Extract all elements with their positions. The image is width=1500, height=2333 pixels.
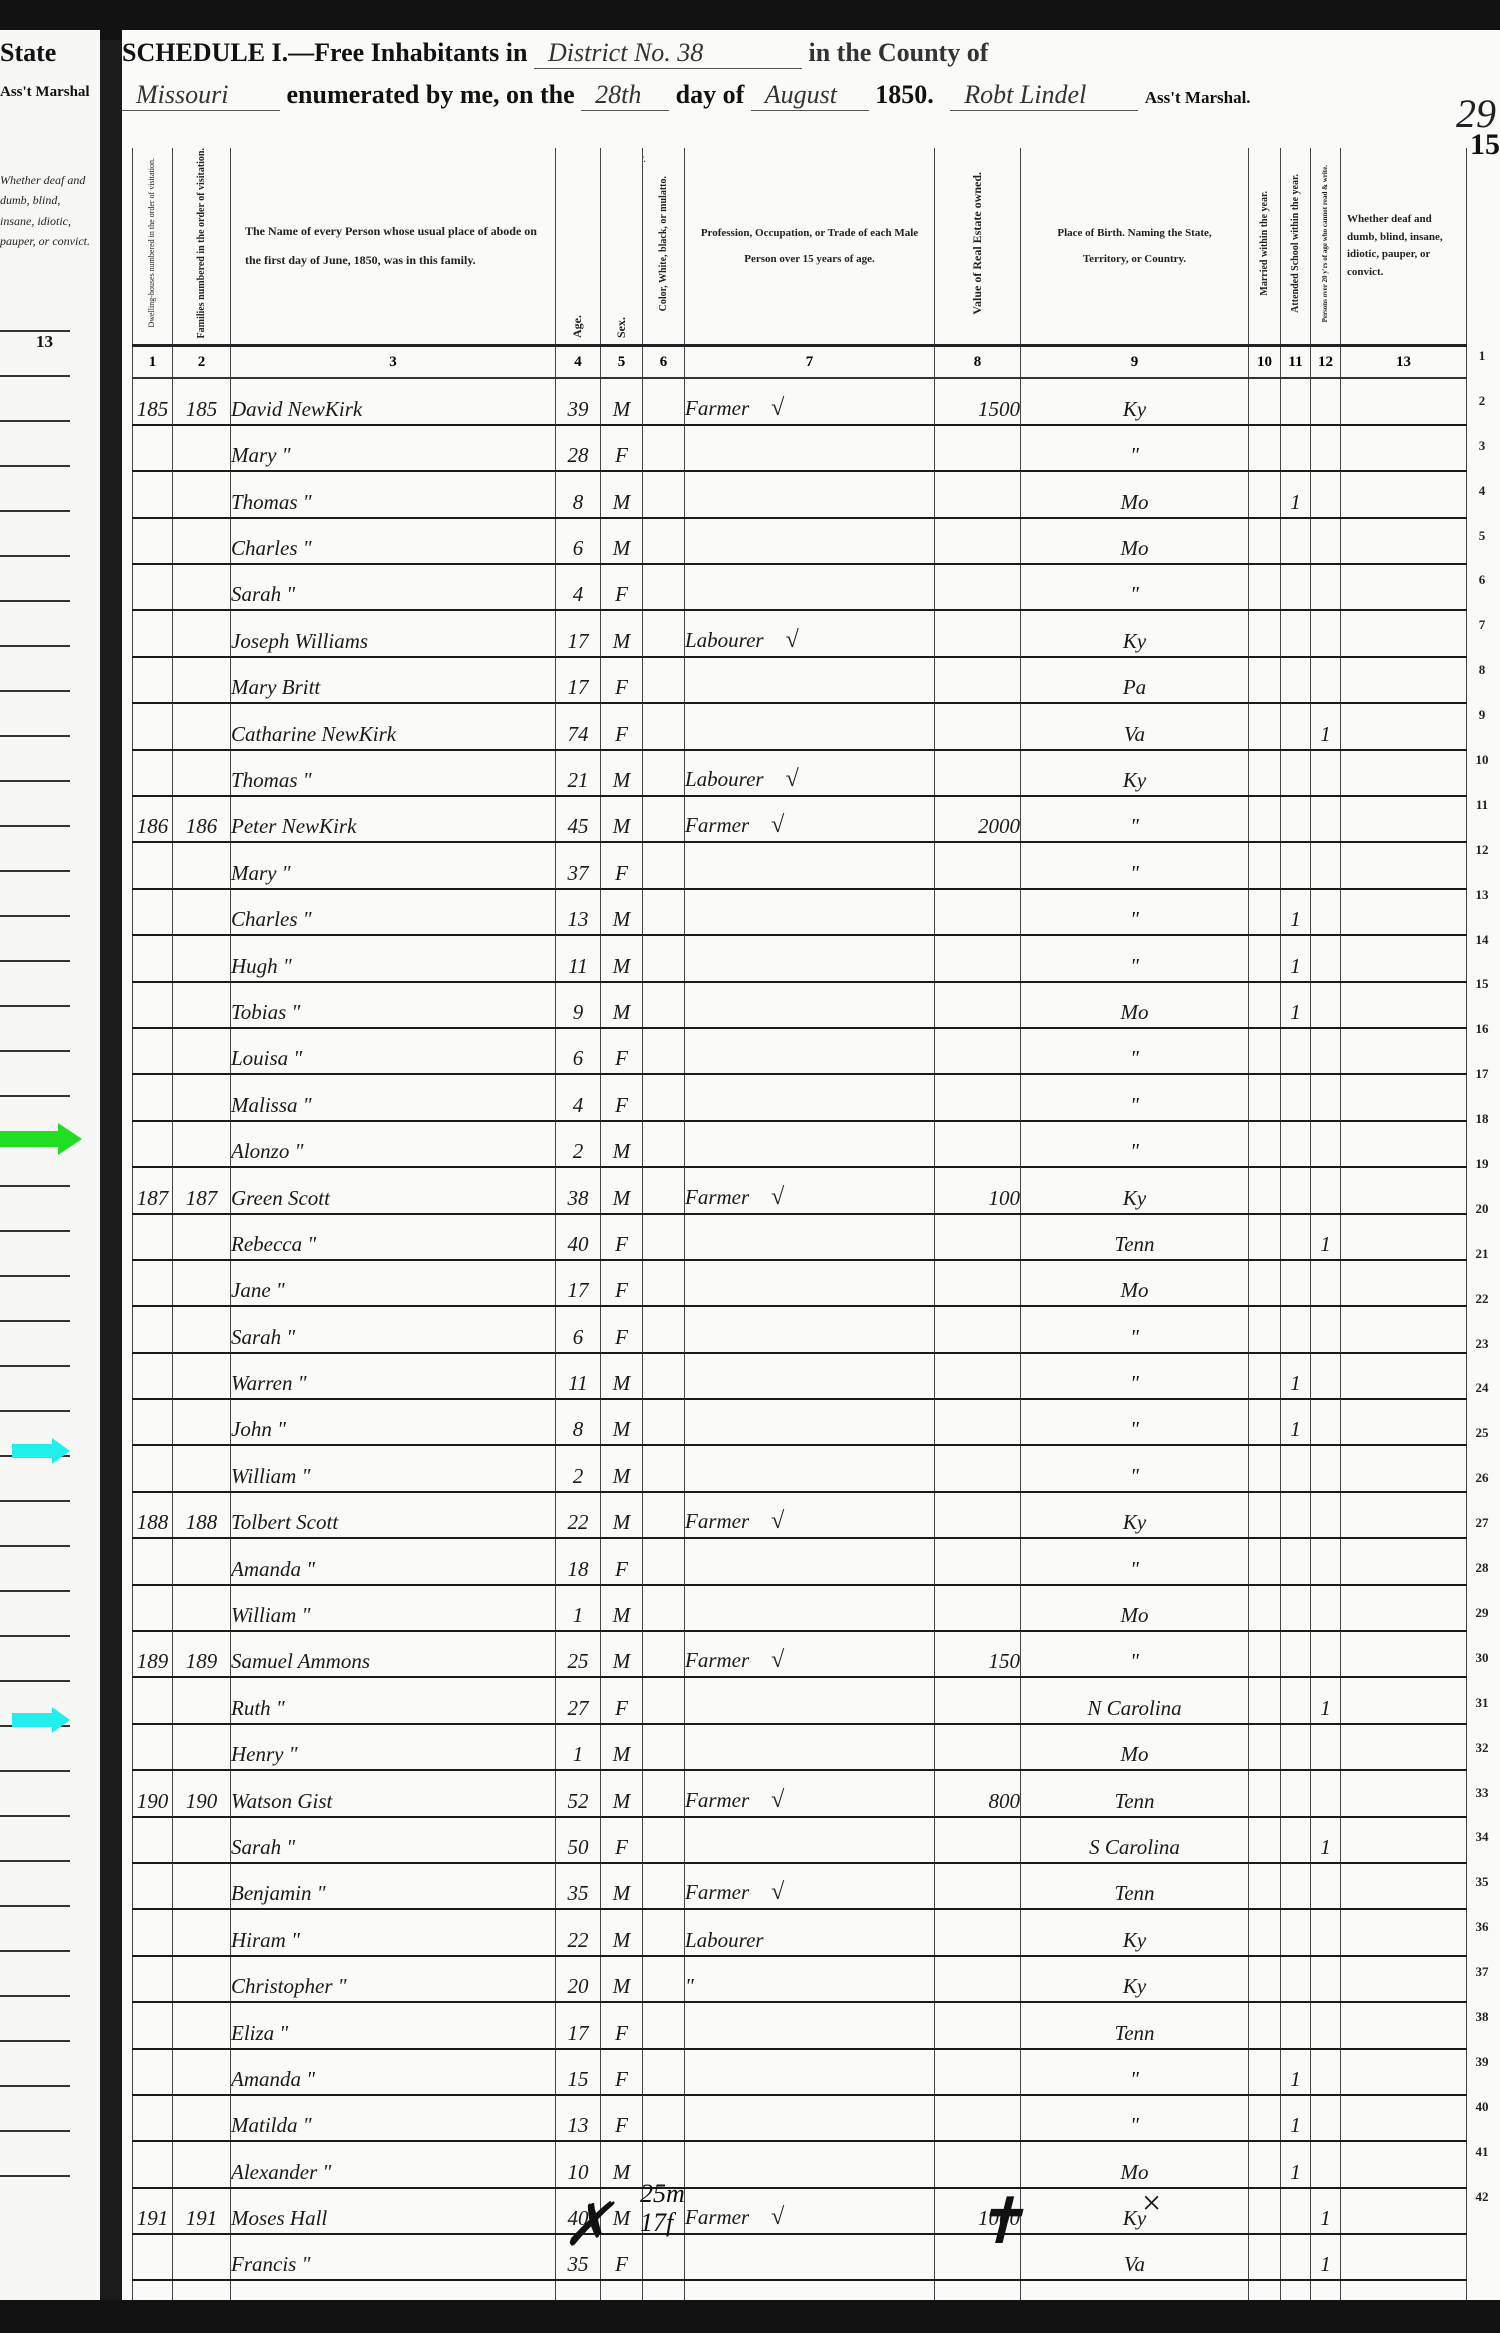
- age: 22: [556, 1492, 601, 1538]
- sex: M: [601, 1167, 643, 1213]
- married-mark: [1249, 378, 1281, 424]
- enumerated-label: enumerated by me, on the: [287, 80, 575, 109]
- dwelling-number: [133, 564, 173, 610]
- column-number-1: 1: [133, 346, 173, 379]
- column-number-3: 3: [231, 346, 556, 379]
- census-row: Jane "17FMo: [133, 1260, 1467, 1306]
- color: [643, 1121, 685, 1167]
- family-number: [173, 1538, 231, 1584]
- birthplace: ": [1021, 1306, 1249, 1352]
- occupation: Farmer√: [685, 2188, 935, 2234]
- married-mark: [1249, 425, 1281, 471]
- col-header-illiterate: Persons over 20 y'rs of age who cannot r…: [1311, 148, 1341, 346]
- real-estate-value: [935, 935, 1021, 981]
- person-name: Tolbert Scott: [231, 1492, 556, 1538]
- person-name: Thomas ": [231, 750, 556, 796]
- school-mark: [1281, 1445, 1311, 1491]
- school-mark: [1281, 796, 1311, 842]
- census-row: Tobias "9MMo1: [133, 982, 1467, 1028]
- birthplace: Ky: [1021, 1909, 1249, 1955]
- place-field: Missouri: [122, 80, 280, 111]
- census-row: 190190Watson Gist52MFarmer√800Tenn: [133, 1770, 1467, 1816]
- color: [643, 1260, 685, 1306]
- census-row: Eliza "17FTenn: [133, 2002, 1467, 2048]
- left-column-number: 13: [36, 332, 53, 352]
- person-name: John ": [231, 1399, 556, 1445]
- illiterate-mark: [1311, 1399, 1341, 1445]
- dwelling-number: [133, 1817, 173, 1863]
- age: 40: [556, 1214, 601, 1260]
- column-number-8: 8: [935, 346, 1021, 379]
- col-header-color: Color, White, black, or mulatto. DESCRIP…: [643, 148, 685, 346]
- person-name: David NewKirk: [231, 378, 556, 424]
- census-row: Matilda "13F"1: [133, 2095, 1467, 2141]
- description-group-label: DESCRIPTION.: [643, 154, 684, 167]
- occupation: [685, 1074, 935, 1120]
- sex: F: [601, 1074, 643, 1120]
- dwelling-number: [133, 1677, 173, 1723]
- dwelling-number: [133, 471, 173, 517]
- census-row: Thomas "21MLabourer√Ky: [133, 750, 1467, 796]
- illiterate-mark: [1311, 935, 1341, 981]
- occupation: Labourer: [685, 1909, 935, 1955]
- occupation: [685, 1817, 935, 1863]
- illiterate-mark: [1311, 1028, 1341, 1074]
- infirmities: [1341, 750, 1467, 796]
- infirmities: [1341, 796, 1467, 842]
- occupation: ": [685, 1956, 935, 2002]
- age: 17: [556, 610, 601, 656]
- birthplace: ": [1021, 564, 1249, 610]
- occupation: [685, 564, 935, 610]
- column-number-12: 12: [1311, 346, 1341, 379]
- color: [643, 1214, 685, 1260]
- real-estate-value: [935, 2141, 1021, 2187]
- birthplace: ": [1021, 1353, 1249, 1399]
- real-estate-value: [935, 1492, 1021, 1538]
- age: 6: [556, 1028, 601, 1074]
- illiterate-mark: 1: [1311, 703, 1341, 749]
- census-row: Rebecca "40FTenn1: [133, 1214, 1467, 1260]
- family-number: [173, 1074, 231, 1120]
- census-row: Louisa "6F": [133, 1028, 1467, 1074]
- illiterate-mark: [1311, 1724, 1341, 1770]
- birthplace: ": [1021, 2049, 1249, 2095]
- color: [643, 471, 685, 517]
- family-number: [173, 2049, 231, 2095]
- infirmities: [1341, 1863, 1467, 1909]
- infirmities: [1341, 982, 1467, 1028]
- person-name: Joseph Williams: [231, 610, 556, 656]
- age: 8: [556, 1399, 601, 1445]
- married-mark: [1249, 1631, 1281, 1677]
- age: 11: [556, 1353, 601, 1399]
- person-name: Samuel Ammons: [231, 1631, 556, 1677]
- school-mark: [1281, 1074, 1311, 1120]
- married-mark: [1249, 1817, 1281, 1863]
- color: [643, 796, 685, 842]
- illiterate-mark: [1311, 1492, 1341, 1538]
- checkmark-icon: √: [771, 2204, 784, 2230]
- sex: F: [601, 1028, 643, 1074]
- census-row: Sarah "50FS Carolina1: [133, 1817, 1467, 1863]
- infirmities: [1341, 471, 1467, 517]
- age: 13: [556, 889, 601, 935]
- family-number: [173, 1445, 231, 1491]
- occupation: [685, 1538, 935, 1584]
- infirmities: [1341, 1492, 1467, 1538]
- real-estate-value: [935, 610, 1021, 656]
- occupation: [685, 982, 935, 1028]
- school-mark: [1281, 2188, 1311, 2234]
- green-arrow-icon: [0, 1123, 80, 1155]
- color: [643, 889, 685, 935]
- line-number: 29: [1470, 1605, 1494, 1650]
- census-row: Thomas "8MMo1: [133, 471, 1467, 517]
- infirmities: [1341, 518, 1467, 564]
- column-number-row: 12345678910111213: [133, 346, 1467, 379]
- person-name: Christopher ": [231, 1956, 556, 2002]
- infirmities: [1341, 1028, 1467, 1074]
- age: 52: [556, 1770, 601, 1816]
- school-mark: [1281, 1167, 1311, 1213]
- occupation: Farmer√: [685, 1492, 935, 1538]
- birthplace: ": [1021, 1538, 1249, 1584]
- dwelling-number: [133, 842, 173, 888]
- illiterate-mark: [1311, 2095, 1341, 2141]
- family-number: [173, 2002, 231, 2048]
- illiterate-mark: [1311, 425, 1341, 471]
- illiterate-mark: [1311, 1909, 1341, 1955]
- infirmities: [1341, 1585, 1467, 1631]
- birthplace: Tenn: [1021, 1863, 1249, 1909]
- state-label: State: [0, 38, 56, 68]
- occupation: [685, 471, 935, 517]
- school-mark: [1281, 750, 1311, 796]
- married-mark: [1249, 1770, 1281, 1816]
- line-number: 2: [1470, 393, 1494, 438]
- family-number: 185: [173, 378, 231, 424]
- color: [643, 1585, 685, 1631]
- dwelling-number: [133, 1445, 173, 1491]
- line-number: 13: [1470, 887, 1494, 932]
- dwelling-number: [133, 935, 173, 981]
- age: 21: [556, 750, 601, 796]
- color: [643, 1677, 685, 1723]
- color: [643, 1770, 685, 1816]
- person-name: Mary ": [231, 425, 556, 471]
- school-mark: [1281, 1631, 1311, 1677]
- infirmities: [1341, 1214, 1467, 1260]
- age: 74: [556, 703, 601, 749]
- school-mark: [1281, 1863, 1311, 1909]
- sex: M: [601, 1724, 643, 1770]
- family-number: [173, 1121, 231, 1167]
- sex: M: [601, 1353, 643, 1399]
- real-estate-value: [935, 2002, 1021, 2048]
- occupation: [685, 2002, 935, 2048]
- birthplace: Tenn: [1021, 1214, 1249, 1260]
- sex: M: [601, 796, 643, 842]
- census-row: 185185David NewKirk39MFarmer√1500Ky: [133, 378, 1467, 424]
- checkmark-icon: √: [771, 1787, 784, 1813]
- school-mark: 1: [1281, 2095, 1311, 2141]
- birthplace: Mo: [1021, 1260, 1249, 1306]
- school-mark: [1281, 564, 1311, 610]
- left-column-heading: Whether deaf and dumb, blind, insane, id…: [0, 170, 95, 252]
- birthplace: Mo: [1021, 2141, 1249, 2187]
- married-mark: [1249, 1585, 1281, 1631]
- school-mark: [1281, 1538, 1311, 1584]
- married-mark: [1249, 1214, 1281, 1260]
- occupation: [685, 1214, 935, 1260]
- family-number: [173, 1353, 231, 1399]
- line-number: 27: [1470, 1515, 1494, 1560]
- family-number: [173, 425, 231, 471]
- illiterate-mark: [1311, 564, 1341, 610]
- illiterate-mark: [1311, 657, 1341, 703]
- occupation: [685, 2049, 935, 2095]
- footer-tally: 25m 17f: [640, 2180, 685, 2237]
- dwelling-number: [133, 1353, 173, 1399]
- illiterate-mark: 1: [1311, 1214, 1341, 1260]
- family-number: [173, 842, 231, 888]
- col-header-birthplace: Place of Birth. Naming the State, Territ…: [1021, 148, 1249, 346]
- color: [643, 610, 685, 656]
- color: [643, 425, 685, 471]
- occupation: Farmer√: [685, 796, 935, 842]
- color: [643, 1538, 685, 1584]
- person-name: Amanda ": [231, 1538, 556, 1584]
- age: 18: [556, 1538, 601, 1584]
- person-name: Charles ": [231, 889, 556, 935]
- line-number: 35: [1470, 1874, 1494, 1919]
- married-mark: [1249, 1167, 1281, 1213]
- person-name: Rebecca ": [231, 1214, 556, 1260]
- infirmities: [1341, 2234, 1467, 2280]
- illiterate-mark: [1311, 1167, 1341, 1213]
- infirmities: [1341, 425, 1467, 471]
- real-estate-value: [935, 750, 1021, 796]
- illiterate-mark: [1311, 518, 1341, 564]
- infirmities: [1341, 1167, 1467, 1213]
- line-number: 26: [1470, 1470, 1494, 1515]
- header-line-1: SCHEDULE I.—Free Inhabitants in District…: [122, 38, 988, 69]
- family-number: [173, 935, 231, 981]
- age: 25: [556, 1631, 601, 1677]
- color: [643, 1399, 685, 1445]
- line-number: 12: [1470, 842, 1494, 887]
- birthplace: Va: [1021, 703, 1249, 749]
- person-name: William ": [231, 1585, 556, 1631]
- married-mark: [1249, 518, 1281, 564]
- column-number-2: 2: [173, 346, 231, 379]
- occupation: [685, 2234, 935, 2280]
- married-mark: [1249, 842, 1281, 888]
- infirmities: [1341, 657, 1467, 703]
- age: 4: [556, 564, 601, 610]
- family-number: 189: [173, 1631, 231, 1677]
- real-estate-value: 800: [935, 1770, 1021, 1816]
- age: 13: [556, 2095, 601, 2141]
- census-row: Alexander "10MMo1: [133, 2141, 1467, 2187]
- real-estate-value: [935, 889, 1021, 935]
- occupation: [685, 1724, 935, 1770]
- infirmities: [1341, 1074, 1467, 1120]
- birthplace: ": [1021, 425, 1249, 471]
- year-label: 1850.: [875, 80, 934, 109]
- color: [643, 1724, 685, 1770]
- birthplace: Ky: [1021, 750, 1249, 796]
- occupation: Labourer√: [685, 610, 935, 656]
- illiterate-mark: [1311, 2141, 1341, 2187]
- age: 35: [556, 1863, 601, 1909]
- census-row: Francis "35FVa1: [133, 2234, 1467, 2280]
- sex: F: [601, 842, 643, 888]
- birthplace: ": [1021, 1631, 1249, 1677]
- census-row: Benjamin "35MFarmer√Tenn: [133, 1863, 1467, 1909]
- family-number: [173, 889, 231, 935]
- birthplace: ": [1021, 1445, 1249, 1491]
- married-mark: [1249, 1260, 1281, 1306]
- married-mark: [1249, 1724, 1281, 1770]
- infirmities: [1341, 889, 1467, 935]
- age: 1: [556, 1585, 601, 1631]
- color: [643, 1631, 685, 1677]
- family-number: [173, 1585, 231, 1631]
- line-number: 40: [1470, 2099, 1494, 2144]
- census-row: Mary Britt17FPa: [133, 657, 1467, 703]
- age: 37: [556, 842, 601, 888]
- infirmities: [1341, 1538, 1467, 1584]
- dwelling-number: [133, 982, 173, 1028]
- line-number: 23: [1470, 1336, 1494, 1381]
- infirmities: [1341, 2049, 1467, 2095]
- color: [643, 935, 685, 981]
- school-mark: [1281, 1724, 1311, 1770]
- dwelling-number: 187: [133, 1167, 173, 1213]
- col-header-school: Attended School within the year.: [1281, 148, 1311, 346]
- person-name: Catharine NewKirk: [231, 703, 556, 749]
- married-mark: [1249, 703, 1281, 749]
- person-name: Mary ": [231, 842, 556, 888]
- line-number: 25: [1470, 1425, 1494, 1470]
- person-name: Jane ": [231, 1260, 556, 1306]
- birthplace: Tenn: [1021, 2002, 1249, 2048]
- census-row: Sarah "4F": [133, 564, 1467, 610]
- illiterate-mark: 1: [1311, 2188, 1341, 2234]
- married-mark: [1249, 564, 1281, 610]
- real-estate-value: [935, 1817, 1021, 1863]
- married-mark: [1249, 1445, 1281, 1491]
- line-numbers: 1234567891011121314151617181920212223242…: [1470, 348, 1494, 2233]
- asst-marshal-label: Ass't Marshal.: [1145, 88, 1251, 107]
- sex: M: [601, 982, 643, 1028]
- header-line-2: Missouri enumerated by me, on the 28th d…: [122, 80, 1251, 111]
- sex: M: [601, 378, 643, 424]
- age: 17: [556, 1260, 601, 1306]
- school-mark: [1281, 610, 1311, 656]
- column-number-6: 6: [643, 346, 685, 379]
- birthplace: ": [1021, 842, 1249, 888]
- sex: M: [601, 1863, 643, 1909]
- illiterate-mark: [1311, 1538, 1341, 1584]
- real-estate-value: [935, 1538, 1021, 1584]
- birthplace: ": [1021, 796, 1249, 842]
- color: [643, 2234, 685, 2280]
- family-number: [173, 1399, 231, 1445]
- family-number: 186: [173, 796, 231, 842]
- dwelling-number: [133, 750, 173, 796]
- real-estate-value: 1500: [935, 378, 1021, 424]
- dwelling-number: [133, 1121, 173, 1167]
- birthplace: Mo: [1021, 982, 1249, 1028]
- real-estate-value: [935, 703, 1021, 749]
- person-name: Green Scott: [231, 1167, 556, 1213]
- school-mark: [1281, 1817, 1311, 1863]
- age: 20: [556, 1956, 601, 2002]
- census-row: Ruth "27FN Carolina1: [133, 1677, 1467, 1723]
- line-number: 6: [1470, 572, 1494, 617]
- sex: M: [601, 750, 643, 796]
- birthplace: S Carolina: [1021, 1817, 1249, 1863]
- sex: M: [601, 1631, 643, 1677]
- census-row: William "2M": [133, 1445, 1467, 1491]
- real-estate-value: [935, 1306, 1021, 1352]
- column-number-13: 13: [1341, 346, 1467, 379]
- sex: F: [601, 425, 643, 471]
- dwelling-number: [133, 425, 173, 471]
- census-row: 191191Moses Hall40MFarmer√1000Ky1: [133, 2188, 1467, 2234]
- census-row: Mary "28F": [133, 425, 1467, 471]
- age: 8: [556, 471, 601, 517]
- illiterate-mark: 1: [1311, 2234, 1341, 2280]
- illiterate-mark: [1311, 2002, 1341, 2048]
- line-number: 36: [1470, 1919, 1494, 1964]
- age: 6: [556, 518, 601, 564]
- age: 50: [556, 1817, 601, 1863]
- school-mark: [1281, 378, 1311, 424]
- sex: F: [601, 2095, 643, 2141]
- married-mark: [1249, 2141, 1281, 2187]
- color: [643, 1817, 685, 1863]
- census-row: Mary "37F": [133, 842, 1467, 888]
- family-number: [173, 518, 231, 564]
- real-estate-value: [935, 982, 1021, 1028]
- line-number: 21: [1470, 1246, 1494, 1291]
- line-number: 19: [1470, 1156, 1494, 1201]
- occupation: [685, 425, 935, 471]
- real-estate-value: [935, 471, 1021, 517]
- col-header-family: Families numbered in the order of visita…: [173, 148, 231, 346]
- school-mark: 1: [1281, 2049, 1311, 2095]
- infirmities: [1341, 1770, 1467, 1816]
- school-mark: 1: [1281, 1353, 1311, 1399]
- census-row: Hugh "11M"1: [133, 935, 1467, 981]
- person-name: Hiram ": [231, 1909, 556, 1955]
- school-mark: [1281, 1909, 1311, 1955]
- real-estate-value: [935, 842, 1021, 888]
- infirmities: [1341, 1306, 1467, 1352]
- dwelling-number: 188: [133, 1492, 173, 1538]
- color: [643, 518, 685, 564]
- illiterate-mark: [1311, 1353, 1341, 1399]
- occupation: [685, 1677, 935, 1723]
- person-name: Sarah ": [231, 564, 556, 610]
- color: [643, 1909, 685, 1955]
- color: [643, 982, 685, 1028]
- sex: M: [601, 1121, 643, 1167]
